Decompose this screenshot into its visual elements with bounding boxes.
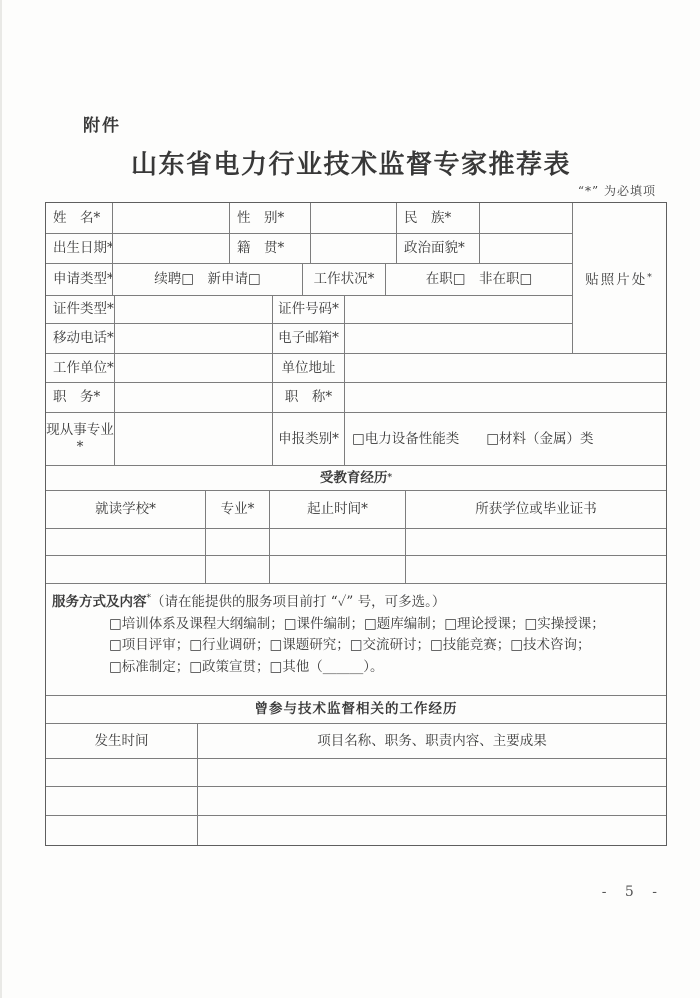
ethnicity-label: 民 族* [397, 203, 480, 234]
education-table: 就读学校* 专业* 起止时间* 所获学位或毕业证书 [46, 491, 666, 584]
education-row1-degree-cell [406, 529, 666, 556]
required-fields-note: “*” 为必填项 [578, 182, 656, 199]
employer-address-label: 单位地址 [273, 354, 345, 383]
education-col-school: 就读学校* [46, 491, 206, 529]
work-status-label: 工作状况* [303, 264, 386, 296]
personal-info-left: 姓 名* 性 别* 民 族* 出生日期* 籍 贯* 政治面貌* 申请类型* 续聘… [46, 203, 573, 354]
id-type-label: 证件类型* [46, 296, 115, 324]
experience-col-detail: 项目名称、职务、职责内容、主要成果 [198, 724, 666, 759]
education-section-header: 受教育经历* [46, 466, 666, 491]
experience-section-header: 曾参与技术监督相关的工作经历 [46, 696, 666, 724]
email-input-cell [345, 324, 573, 354]
education-col-degree: 所获学位或毕业证书 [406, 491, 666, 529]
employer-input-cell [115, 354, 273, 383]
experience-table: 发生时间 项目名称、职务、职责内容、主要成果 [46, 724, 666, 845]
current-specialty-line1: 现从事专业 [46, 422, 114, 439]
education-row2-degree-cell [406, 556, 666, 584]
current-specialty-line2: * [77, 439, 84, 456]
experience-col-date: 发生时间 [46, 724, 198, 759]
education-row2-period-cell [270, 556, 406, 584]
id-number-input-cell [345, 296, 573, 324]
services-title: 服务方式及内容 [52, 594, 147, 610]
current-specialty-input-cell [115, 413, 273, 466]
row-apply-type: 申请类型* 续聘□ 新申请□ 工作状况* 在职□ 非在职□ [46, 264, 573, 296]
experience-row1-detail-cell [198, 759, 666, 787]
education-col-period: 起止时间* [270, 491, 406, 529]
services-title-note: （请在能提供的服务项目前打 “✓” 号，可多选。） [151, 594, 445, 610]
id-number-label: 证件号码* [273, 296, 345, 324]
specialty-band: 现从事专业 * 申报类别* □电力设备性能类 □材料（金属）类 [46, 413, 666, 466]
experience-row2-detail-cell [198, 787, 666, 816]
native-place-label: 籍 贯* [230, 234, 311, 264]
education-col-major: 专业* [206, 491, 270, 529]
name-input-cell [113, 203, 230, 234]
education-row1-major-cell [206, 529, 270, 556]
ethnicity-input-cell [480, 203, 573, 234]
experience-row3-date-cell [46, 816, 198, 845]
experience-row1-date-cell [46, 759, 198, 787]
id-type-input-cell [115, 296, 273, 324]
current-specialty-label: 现从事专业 * [46, 413, 115, 466]
gender-label: 性 别* [230, 203, 311, 234]
mobile-label: 移动电话* [46, 324, 115, 354]
experience-row3-detail-cell [198, 816, 666, 845]
education-header-text: 受教育经历 [320, 470, 388, 487]
education-row2-major-cell [206, 556, 270, 584]
apply-type-label: 申请类型* [46, 264, 113, 296]
services-options-line3: □标准制定；□政策宣贯；□其他（______）。 [52, 657, 658, 679]
rows-name-birth: 姓 名* 性 别* 民 族* 出生日期* 籍 贯* 政治面貌* [46, 203, 573, 264]
prof-title-label: 职 称* [273, 383, 345, 413]
education-row2-school-cell [46, 556, 206, 584]
gender-input-cell [311, 203, 397, 234]
scanned-form-page: 附件 山东省电力行业技术监督专家推荐表 “*” 为必填项 姓 名* 性 别* 民… [0, 0, 700, 998]
apply-type-options: 续聘□ 新申请□ [113, 264, 303, 296]
name-label: 姓 名* [46, 203, 113, 234]
personal-info-band: 姓 名* 性 别* 民 族* 出生日期* 籍 贯* 政治面貌* 申请类型* 续聘… [46, 203, 666, 354]
employer-band: 工作单位* 单位地址 职 务* 职 称* [46, 354, 666, 413]
prof-title-input-cell [345, 383, 666, 413]
services-options-line1: □培训体系及课程大纲编制；□课件编制；□题库编制；□理论授课；□实操授课； [52, 614, 658, 636]
employer-label: 工作单位* [46, 354, 115, 383]
birth-date-label: 出生日期* [46, 234, 113, 264]
recommendation-form-table: 姓 名* 性 别* 民 族* 出生日期* 籍 贯* 政治面貌* 申请类型* 续聘… [45, 202, 667, 846]
political-status-input-cell [480, 234, 573, 264]
political-status-label: 政治面貌* [397, 234, 480, 264]
position-input-cell [115, 383, 273, 413]
position-label: 职 务* [46, 383, 115, 413]
experience-row2-date-cell [46, 787, 198, 816]
email-label: 电子邮箱* [273, 324, 345, 354]
education-row1-school-cell [46, 529, 206, 556]
mobile-input-cell [115, 324, 273, 354]
declare-category-options: □电力设备性能类 □材料（金属）类 [345, 413, 666, 466]
education-row1-period-cell [270, 529, 406, 556]
work-status-options: 在职□ 非在职□ [386, 264, 573, 296]
photo-paste-area: 贴照片处* [573, 203, 666, 354]
services-section: 服务方式及内容*（请在能提供的服务项目前打 “✓” 号，可多选。） □培训体系及… [46, 584, 666, 696]
page-number: - 5 - [602, 884, 664, 900]
birth-date-input-cell [113, 234, 230, 264]
photo-paste-label: 贴照片处 [585, 268, 647, 288]
page-title: 山东省电力行业技术监督专家推荐表 [2, 144, 700, 181]
declare-category-label: 申报类别* [273, 413, 345, 466]
native-place-input-cell [311, 234, 397, 264]
services-options-line2: □项目评审；□行业调研；□课题研究；□交流研讨；□技能竞赛；□技术咨询； [52, 635, 658, 657]
services-title-line: 服务方式及内容*（请在能提供的服务项目前打 “✓” 号，可多选。） [52, 592, 658, 614]
attachment-label: 附件 [83, 111, 121, 136]
rows-id-mobile: 证件类型* 证件号码* 移动电话* 电子邮箱* [46, 296, 573, 354]
employer-address-input-cell [345, 354, 666, 383]
